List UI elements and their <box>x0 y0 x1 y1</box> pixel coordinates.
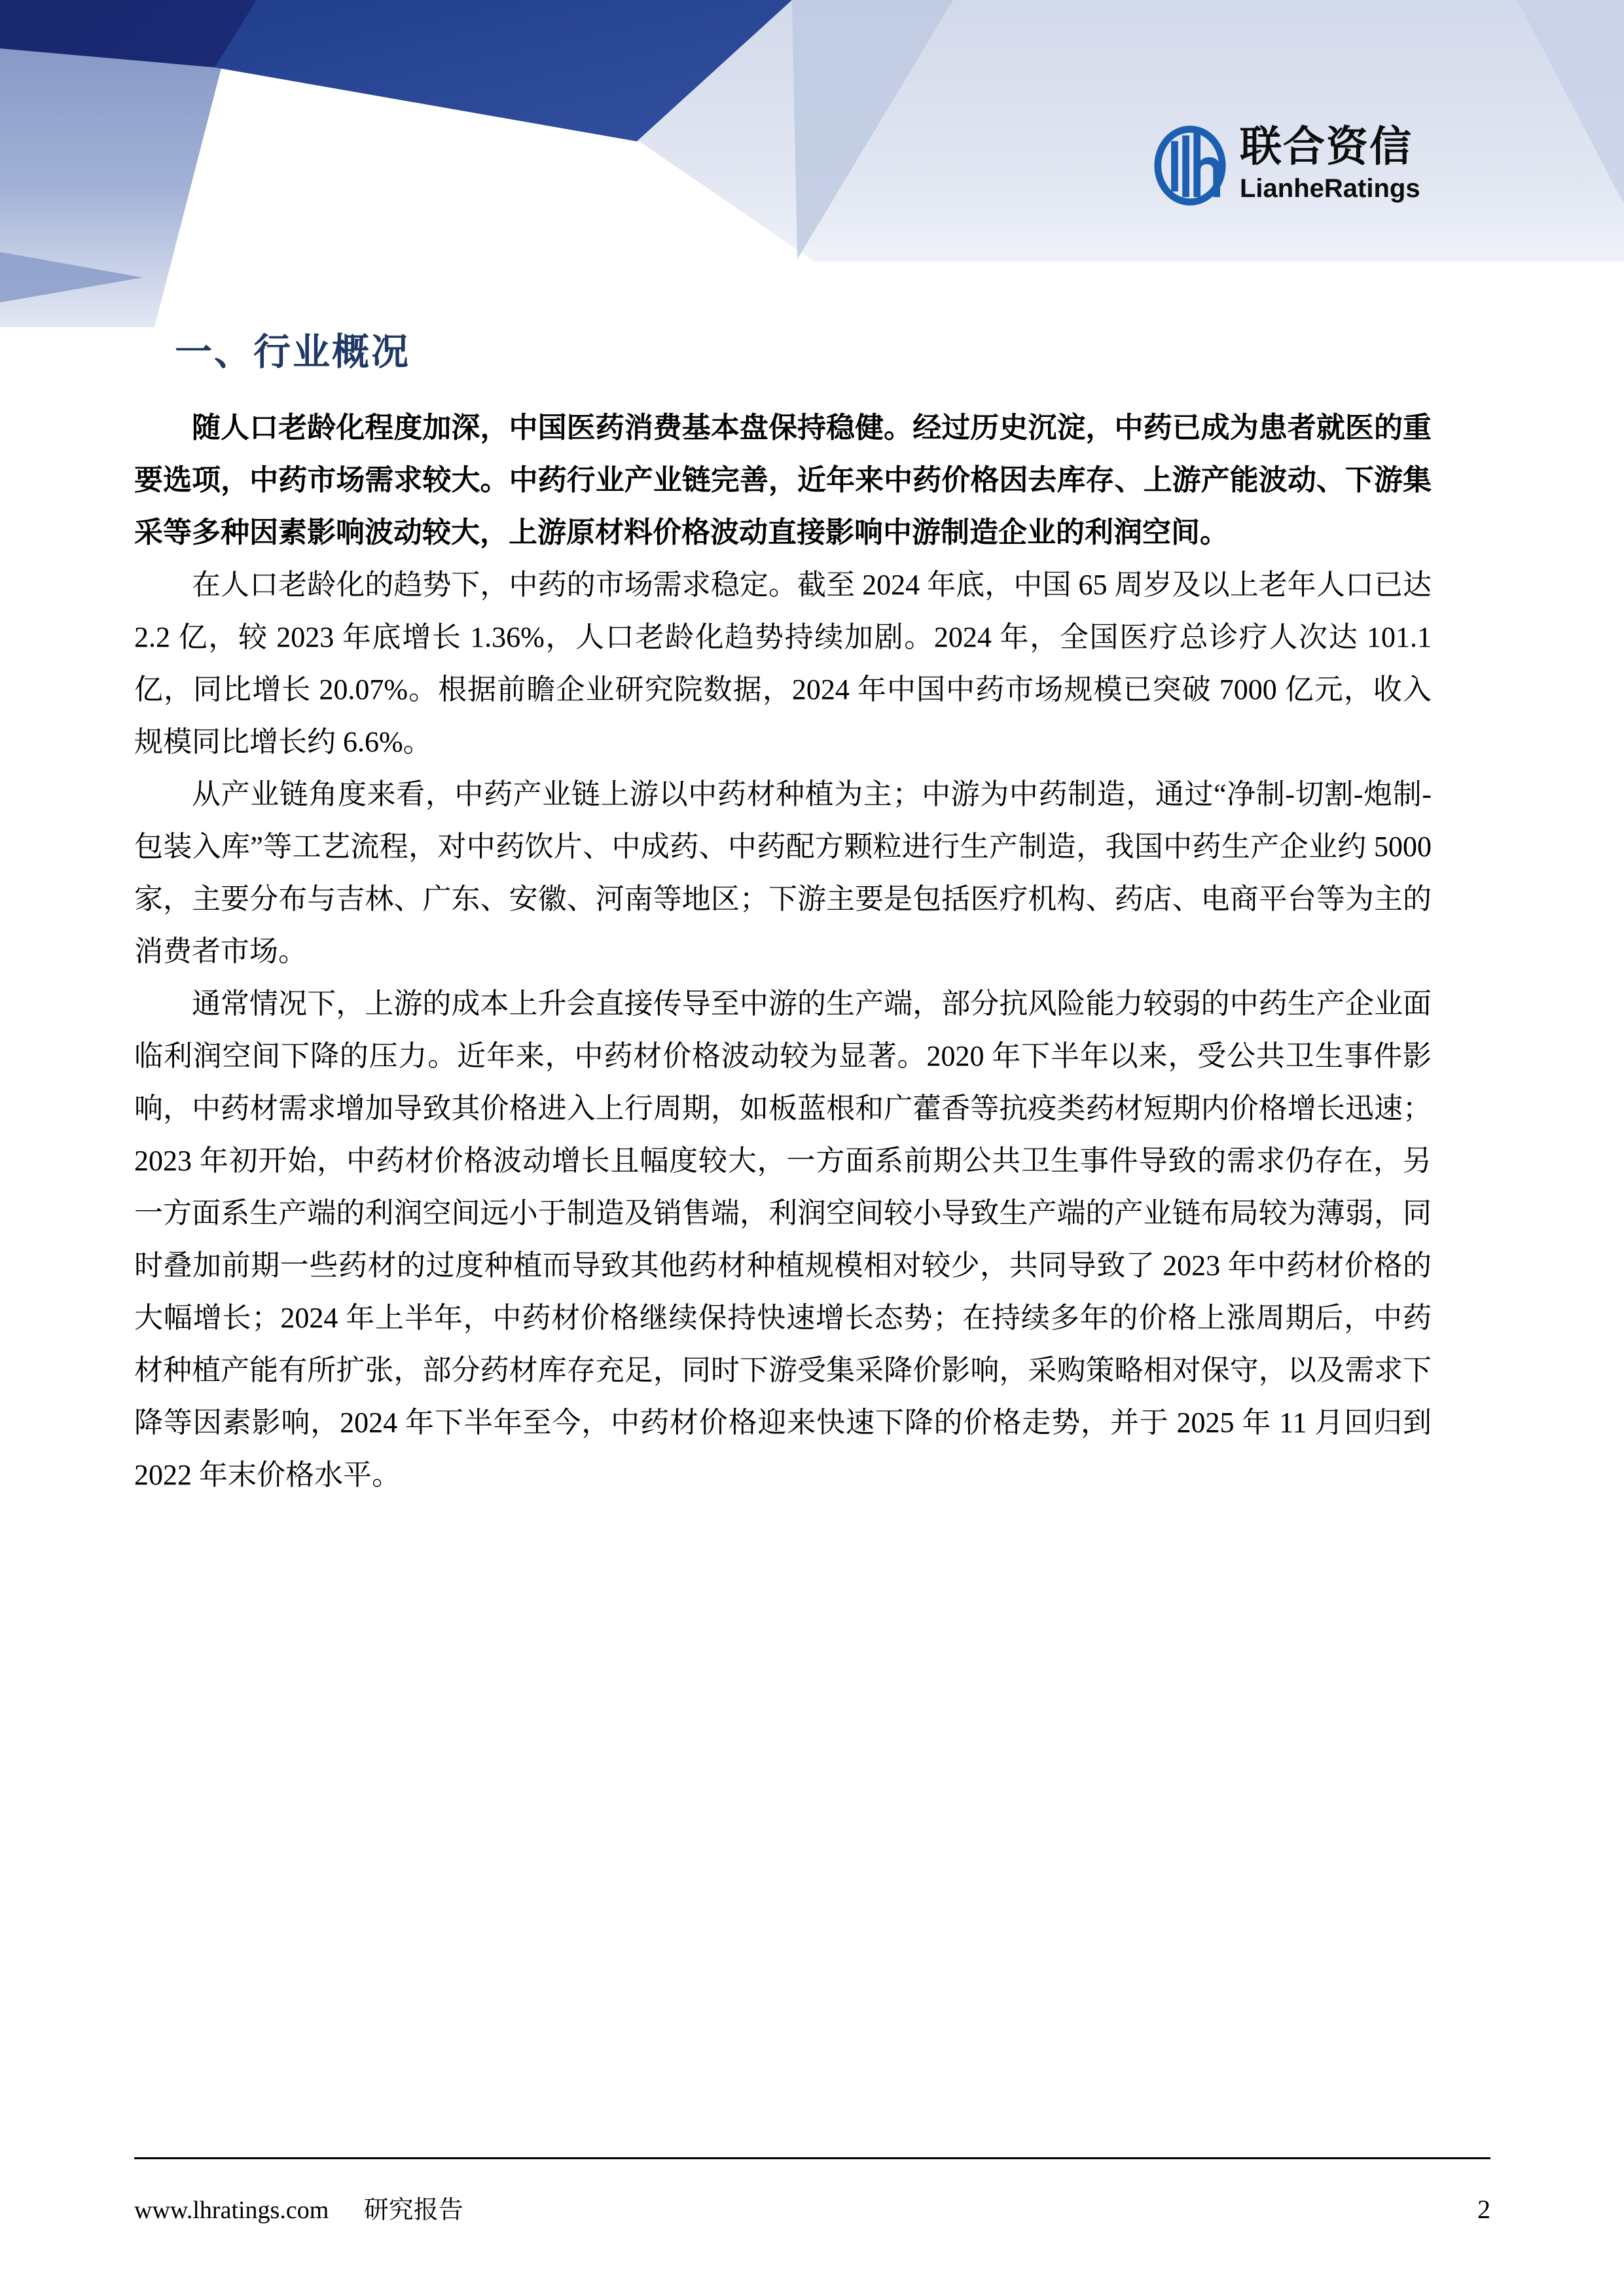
footer-website: www.lhratings.com <box>134 2197 329 2224</box>
footer-page-number: 2 <box>1477 2194 1490 2225</box>
section-title: 一、行业概况 <box>175 322 1432 376</box>
brand-name-en: LianheRatings <box>1240 174 1420 204</box>
document-body: 一、行业概况 随人口老龄化程度加深，中国医药消费基本盘保持稳健。经过历史沉淀，中… <box>134 322 1432 1501</box>
body-paragraph: 从产业链角度来看，中药产业链上游以中药材种植为主；中游为中药制造，通过“净制-切… <box>134 768 1432 978</box>
body-paragraph-lead: 随人口老龄化程度加深，中国医药消费基本盘保持稳健。经过历史沉淀，中药已成为患者就… <box>134 402 1432 559</box>
page-footer: www.lhratings.com 研究报告 2 <box>134 2157 1490 2225</box>
body-paragraph: 通常情况下，上游的成本上升会直接传导至中游的生产端，部分抗风险能力较弱的中药生产… <box>134 978 1432 1501</box>
body-paragraph: 在人口老龄化的趋势下，中药的市场需求稳定。截至 2024 年底，中国 65 周岁… <box>134 559 1432 768</box>
footer-left: www.lhratings.com 研究报告 <box>134 2189 492 2225</box>
brand-name-cn: 联合资信 <box>1240 126 1420 168</box>
brand-logo: 联合资信 LianheRatings <box>1153 126 1420 206</box>
report-page: 联合资信 LianheRatings 一、行业概况 随人口老龄化程度加深，中国医… <box>0 0 1624 2296</box>
lianhe-lh-monogram-icon <box>1153 126 1227 206</box>
brand-logo-text: 联合资信 LianheRatings <box>1240 126 1420 204</box>
footer-report-label: 研究报告 <box>364 2197 463 2224</box>
